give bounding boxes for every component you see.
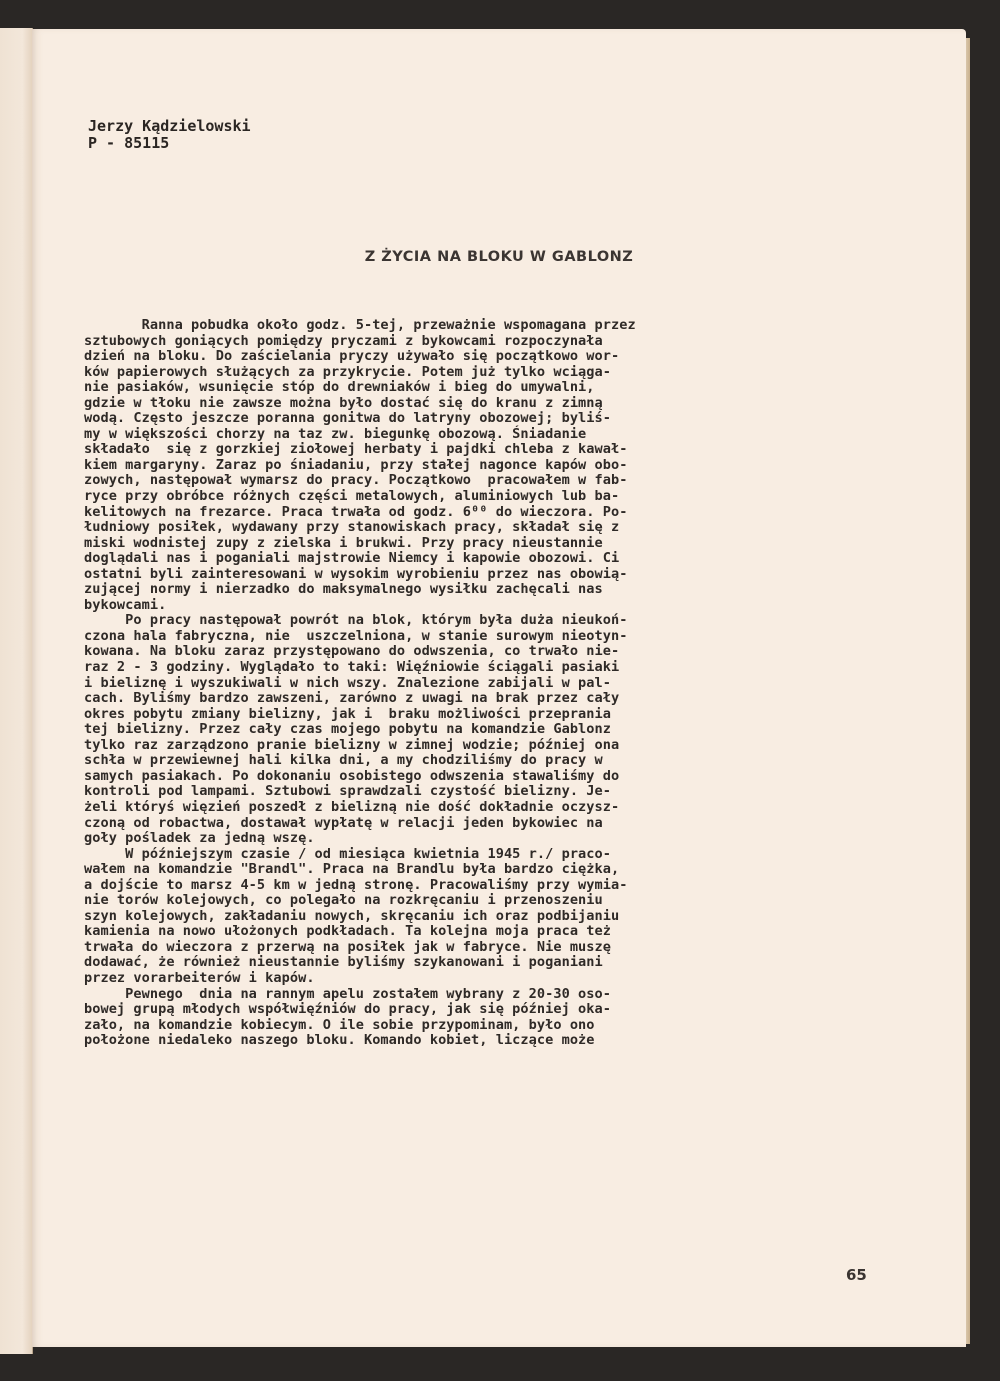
text-line: dodawać, że również nieustannie byliśmy …: [84, 955, 914, 971]
text-line: sztubowych goniących pomiędzy pryczami z…: [84, 334, 914, 350]
text-line: goły pośladek za jedną wszę.: [84, 831, 914, 847]
previous-page-edge: [0, 28, 33, 1354]
text-line: W późniejszym czasie / od miesiąca kwiet…: [84, 847, 914, 863]
text-line: raz 2 - 3 godziny. Wyglądało to taki: Wi…: [84, 660, 914, 676]
text-line: ostatni byli zainteresowani w wysokim wy…: [84, 567, 914, 583]
text-line: łudniowy posiłek, wydawany przy stanowis…: [84, 520, 914, 536]
text-line: cach. Byliśmy bardzo zawszeni, zarówno z…: [84, 691, 914, 707]
text-line: nie pasiaków, wsunięcie stóp do drewniak…: [84, 380, 914, 396]
text-line: ryce przy obróbce różnych części metalow…: [84, 489, 914, 505]
text-line: Pewnego dnia na rannym apelu zostałem wy…: [84, 987, 914, 1003]
text-line: kiem margaryny. Zaraz po śniadaniu, przy…: [84, 458, 914, 474]
text-line: tej bielizny. Przez cały czas mojego pob…: [84, 722, 914, 738]
text-line: miski wodnistej zupy z zielska i brukwi.…: [84, 536, 914, 552]
author-name: Jerzy Kądzielowski: [88, 118, 251, 135]
text-line: kontroli pod lampami. Sztubowi sprawdzal…: [84, 784, 914, 800]
text-line: wodą. Często jeszcze poranna gonitwa do …: [84, 411, 914, 427]
text-line: bykowcami.: [84, 598, 914, 614]
text-line: czona hala fabryczna, nie uszczelniona, …: [84, 629, 914, 645]
text-line: okres pobytu zmiany bielizny, jak i brak…: [84, 707, 914, 723]
text-line: zało, na komandzie kobiecym. O ile sobie…: [84, 1018, 914, 1034]
text-line: kowana. Na bloku zaraz przystępowano do …: [84, 644, 914, 660]
document-page: Jerzy Kądzielowski P - 85115 Z ŻYCIA NA …: [32, 29, 966, 1347]
text-line: położone niedaleko naszego bloku. Komand…: [84, 1033, 914, 1049]
text-line: ków papierowych służących za przykrycie.…: [84, 365, 914, 381]
text-line: żeli któryś więzień poszedł z bielizną n…: [84, 800, 914, 816]
author-block: Jerzy Kądzielowski P - 85115: [88, 118, 251, 152]
text-line: my w większości chorzy na taz zw. biegun…: [84, 427, 914, 443]
prisoner-number: P - 85115: [88, 135, 251, 152]
text-line: trwała do wieczora z przerwą na posiłek …: [84, 940, 914, 956]
text-line: samych pasiakach. Po dokonaniu osobisteg…: [84, 769, 914, 785]
text-line: Po pracy następował powrót na blok, któr…: [84, 613, 914, 629]
text-line: dzień na bloku. Do zaścielania pryczy uż…: [84, 349, 914, 365]
text-line: kamienia na nowo ułożonych podkładach. T…: [84, 924, 914, 940]
text-line: nie torów kolejowych, co polegało na roz…: [84, 893, 914, 909]
text-line: szyn kolejowych, zakładaniu nowych, skrę…: [84, 909, 914, 925]
text-line: przez vorarbeiterów i kapów.: [84, 971, 914, 987]
text-line: doglądali nas i poganiali majstrowie Nie…: [84, 551, 914, 567]
text-line: składało się z gorzkiej ziołowej herbaty…: [84, 442, 914, 458]
body-text: Ranna pobudka około godz. 5-tej, przeważ…: [84, 318, 914, 1049]
text-line: tylko raz zarządzono pranie bielizny w z…: [84, 738, 914, 754]
page-stack-edge: [966, 38, 970, 1344]
text-line: kelitowych na frezarce. Praca trwała od …: [84, 505, 914, 521]
text-line: schła w przewiewnej hali kilka dni, a my…: [84, 753, 914, 769]
text-line: zowych, następował wymarsz do pracy. Poc…: [84, 473, 914, 489]
text-line: wałem na komandzie "Brandl". Praca na Br…: [84, 862, 914, 878]
text-line: a dojście to marsz 4-5 km w jedną stronę…: [84, 878, 914, 894]
text-line: i bieliznę i wyszukiwali w nich wszy. Zn…: [84, 676, 914, 692]
page-number: 65: [846, 1266, 867, 1284]
text-line: czoną od robactwa, dostawał wypłatę w re…: [84, 816, 914, 832]
text-line: Ranna pobudka około godz. 5-tej, przeważ…: [84, 318, 914, 334]
text-line: zującej normy i nierzadko do maksymalneg…: [84, 582, 914, 598]
text-line: gdzie w tłoku nie zawsze można było dost…: [84, 396, 914, 412]
text-line: bowej grupą młodych współwięźniów do pra…: [84, 1002, 914, 1018]
document-title: Z ŻYCIA NA BLOKU W GABLONZ: [32, 249, 966, 265]
